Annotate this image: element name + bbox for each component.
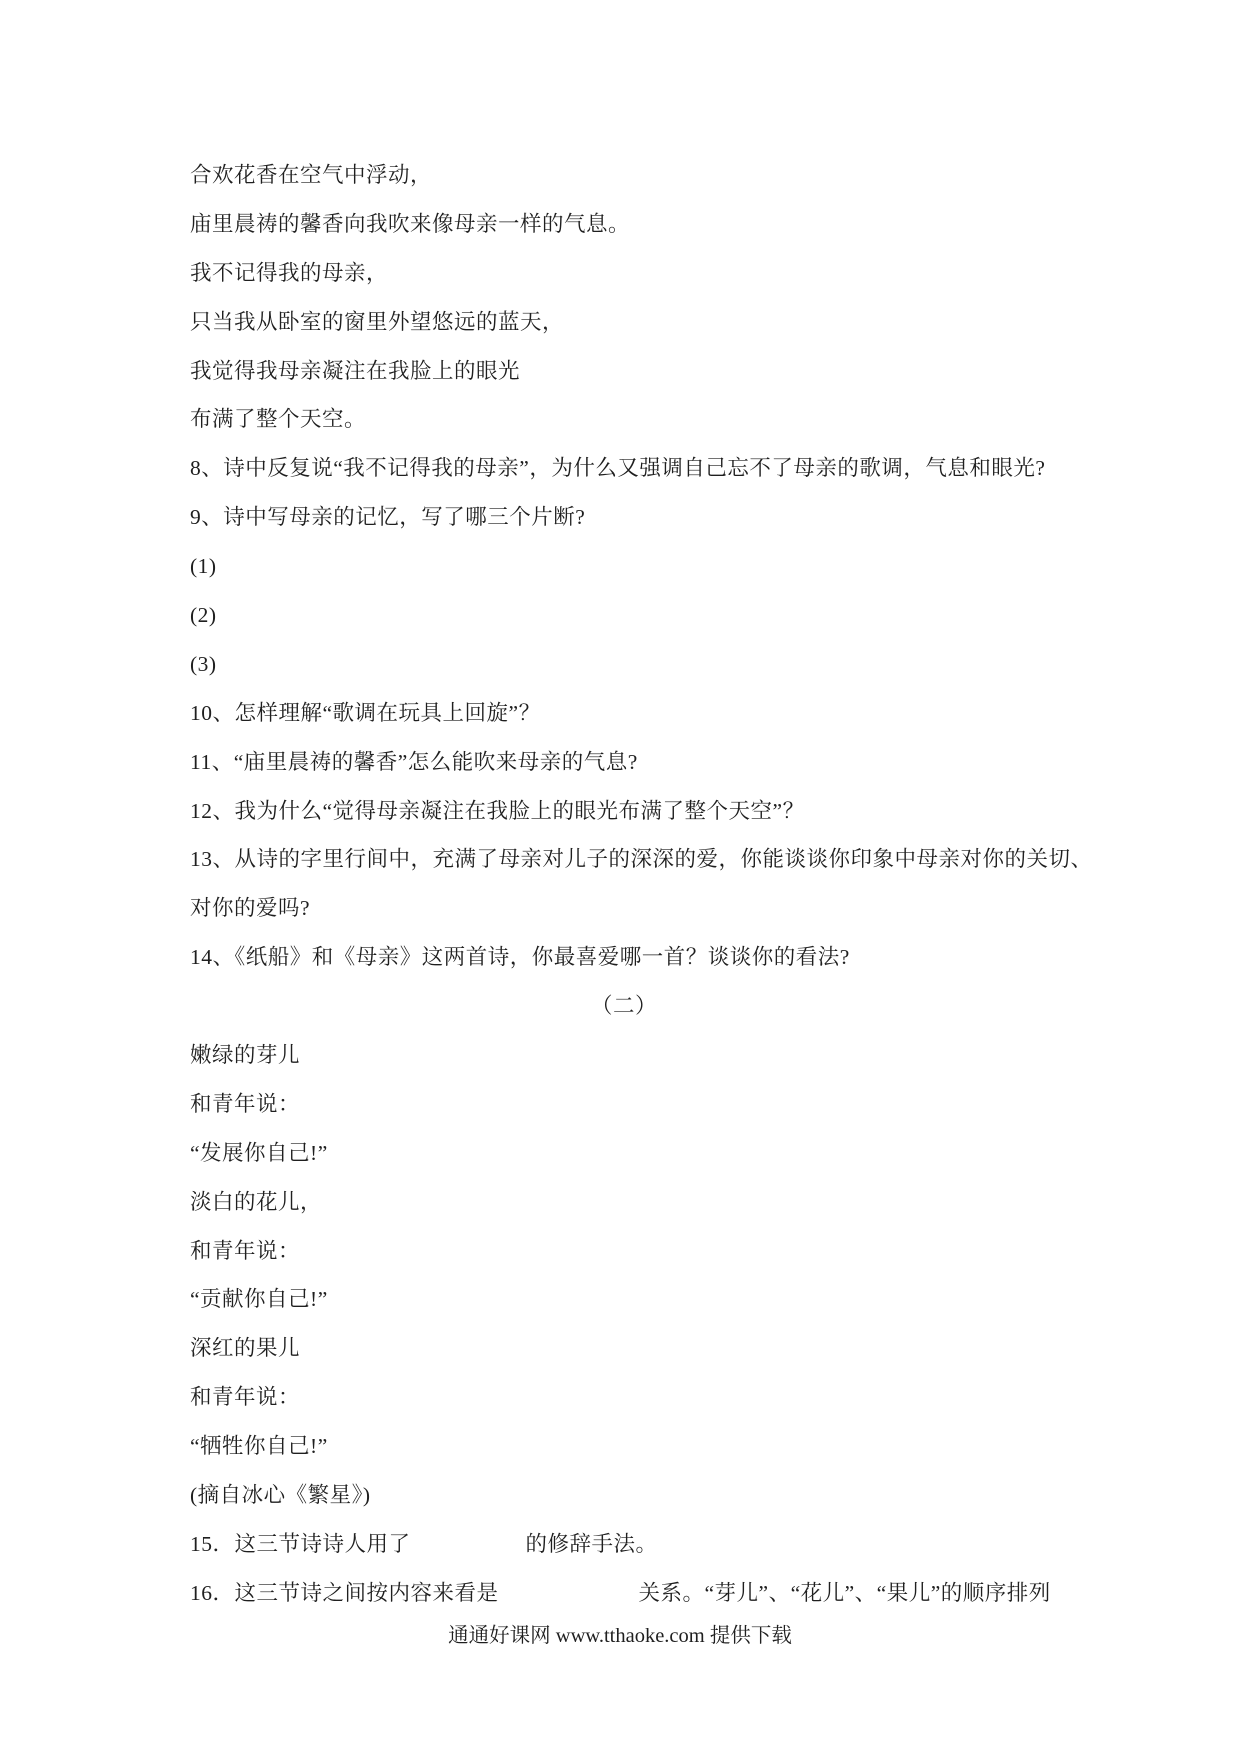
answer-blank-space [499, 1599, 639, 1600]
fill-blank-before-text: 16．这三节诗之间按内容来看是 [190, 1581, 499, 1605]
question-line: 14、《纸船》和《母亲》这两首诗，你最喜爱哪一首？谈谈你的看法? [190, 933, 1058, 982]
section-heading: （二） [190, 982, 1058, 1031]
fill-blank-question-line: 15．这三节诗诗人用了的修辞手法。 [190, 1520, 1058, 1569]
poem-line: 嫩绿的芽儿 [190, 1031, 1058, 1080]
question-line: 8、诗中反复说“我不记得我的母亲”，为什么又强调自己忘不了母亲的歌调，气息和眼光… [190, 444, 1058, 493]
poem-line: “发展你自己!” [190, 1129, 1058, 1178]
attribution-line: (摘自冰心《繁星》) [190, 1471, 1058, 1520]
poem-line: 庙里晨祷的馨香向我吹来像母亲一样的气息。 [190, 200, 1058, 249]
fill-blank-before-text: 15．这三节诗诗人用了 [190, 1532, 411, 1556]
poem-line: 我觉得我母亲凝注在我脸上的眼光 [190, 347, 1058, 396]
question-line: 10、怎样理解“歌调在玩具上回旋”？ [190, 689, 1058, 738]
poem-line: 合欢花香在空气中浮动， [190, 151, 1058, 200]
footer-text: 通通好课网 www.tthaoke.com 提供下载 [448, 1625, 792, 1647]
page-content: 合欢花香在空气中浮动，庙里晨祷的馨香向我吹来像母亲一样的气息。我不记得我的母亲，… [190, 151, 1058, 1618]
poem-line: 淡白的花儿， [190, 1178, 1058, 1227]
question-continuation-line: 对你的爱吗? [190, 884, 1058, 933]
poem-line: 只当我从卧室的窗里外望悠远的蓝天， [190, 298, 1058, 347]
document-page: 合欢花香在空气中浮动，庙里晨祷的馨香向我吹来像母亲一样的气息。我不记得我的母亲，… [0, 0, 1240, 1754]
question-line: 12、我为什么“觉得母亲凝注在我脸上的眼光布满了整个天空”？ [190, 787, 1058, 836]
page-footer: 通通好课网 www.tthaoke.com 提供下载 [0, 1622, 1240, 1651]
question-line: 9、诗中写母亲的记忆，写了哪三个片断? [190, 493, 1058, 542]
question-line: 11、“庙里晨祷的馨香”怎么能吹来母亲的气息? [190, 738, 1058, 787]
poem-line: 和青年说： [190, 1080, 1058, 1129]
answer-number-line: (2) [190, 591, 1058, 640]
poem-line: 深红的果儿 [190, 1324, 1058, 1373]
answer-number-line: (3) [190, 640, 1058, 689]
poem-line: “贡献你自己!” [190, 1275, 1058, 1324]
fill-blank-after-text: 的修辞手法。 [526, 1532, 658, 1556]
poem-line: “牺牲你自己!” [190, 1422, 1058, 1471]
poem-line: 和青年说： [190, 1227, 1058, 1276]
fill-blank-question-line: 16．这三节诗之间按内容来看是关系。“芽儿”、“花儿”、“果儿”的顺序排列 [190, 1569, 1058, 1618]
answer-blank-space [411, 1550, 526, 1551]
poem-line: 布满了整个天空。 [190, 395, 1058, 444]
question-line: 13、从诗的字里行间中，充满了母亲对儿子的深深的爱，你能谈谈你印象中母亲对你的关… [190, 835, 1058, 884]
poem-line: 我不记得我的母亲， [190, 249, 1058, 298]
answer-number-line: (1) [190, 542, 1058, 591]
poem-line: 和青年说： [190, 1373, 1058, 1422]
fill-blank-after-text: 关系。“芽儿”、“花儿”、“果儿”的顺序排列 [639, 1581, 1051, 1605]
